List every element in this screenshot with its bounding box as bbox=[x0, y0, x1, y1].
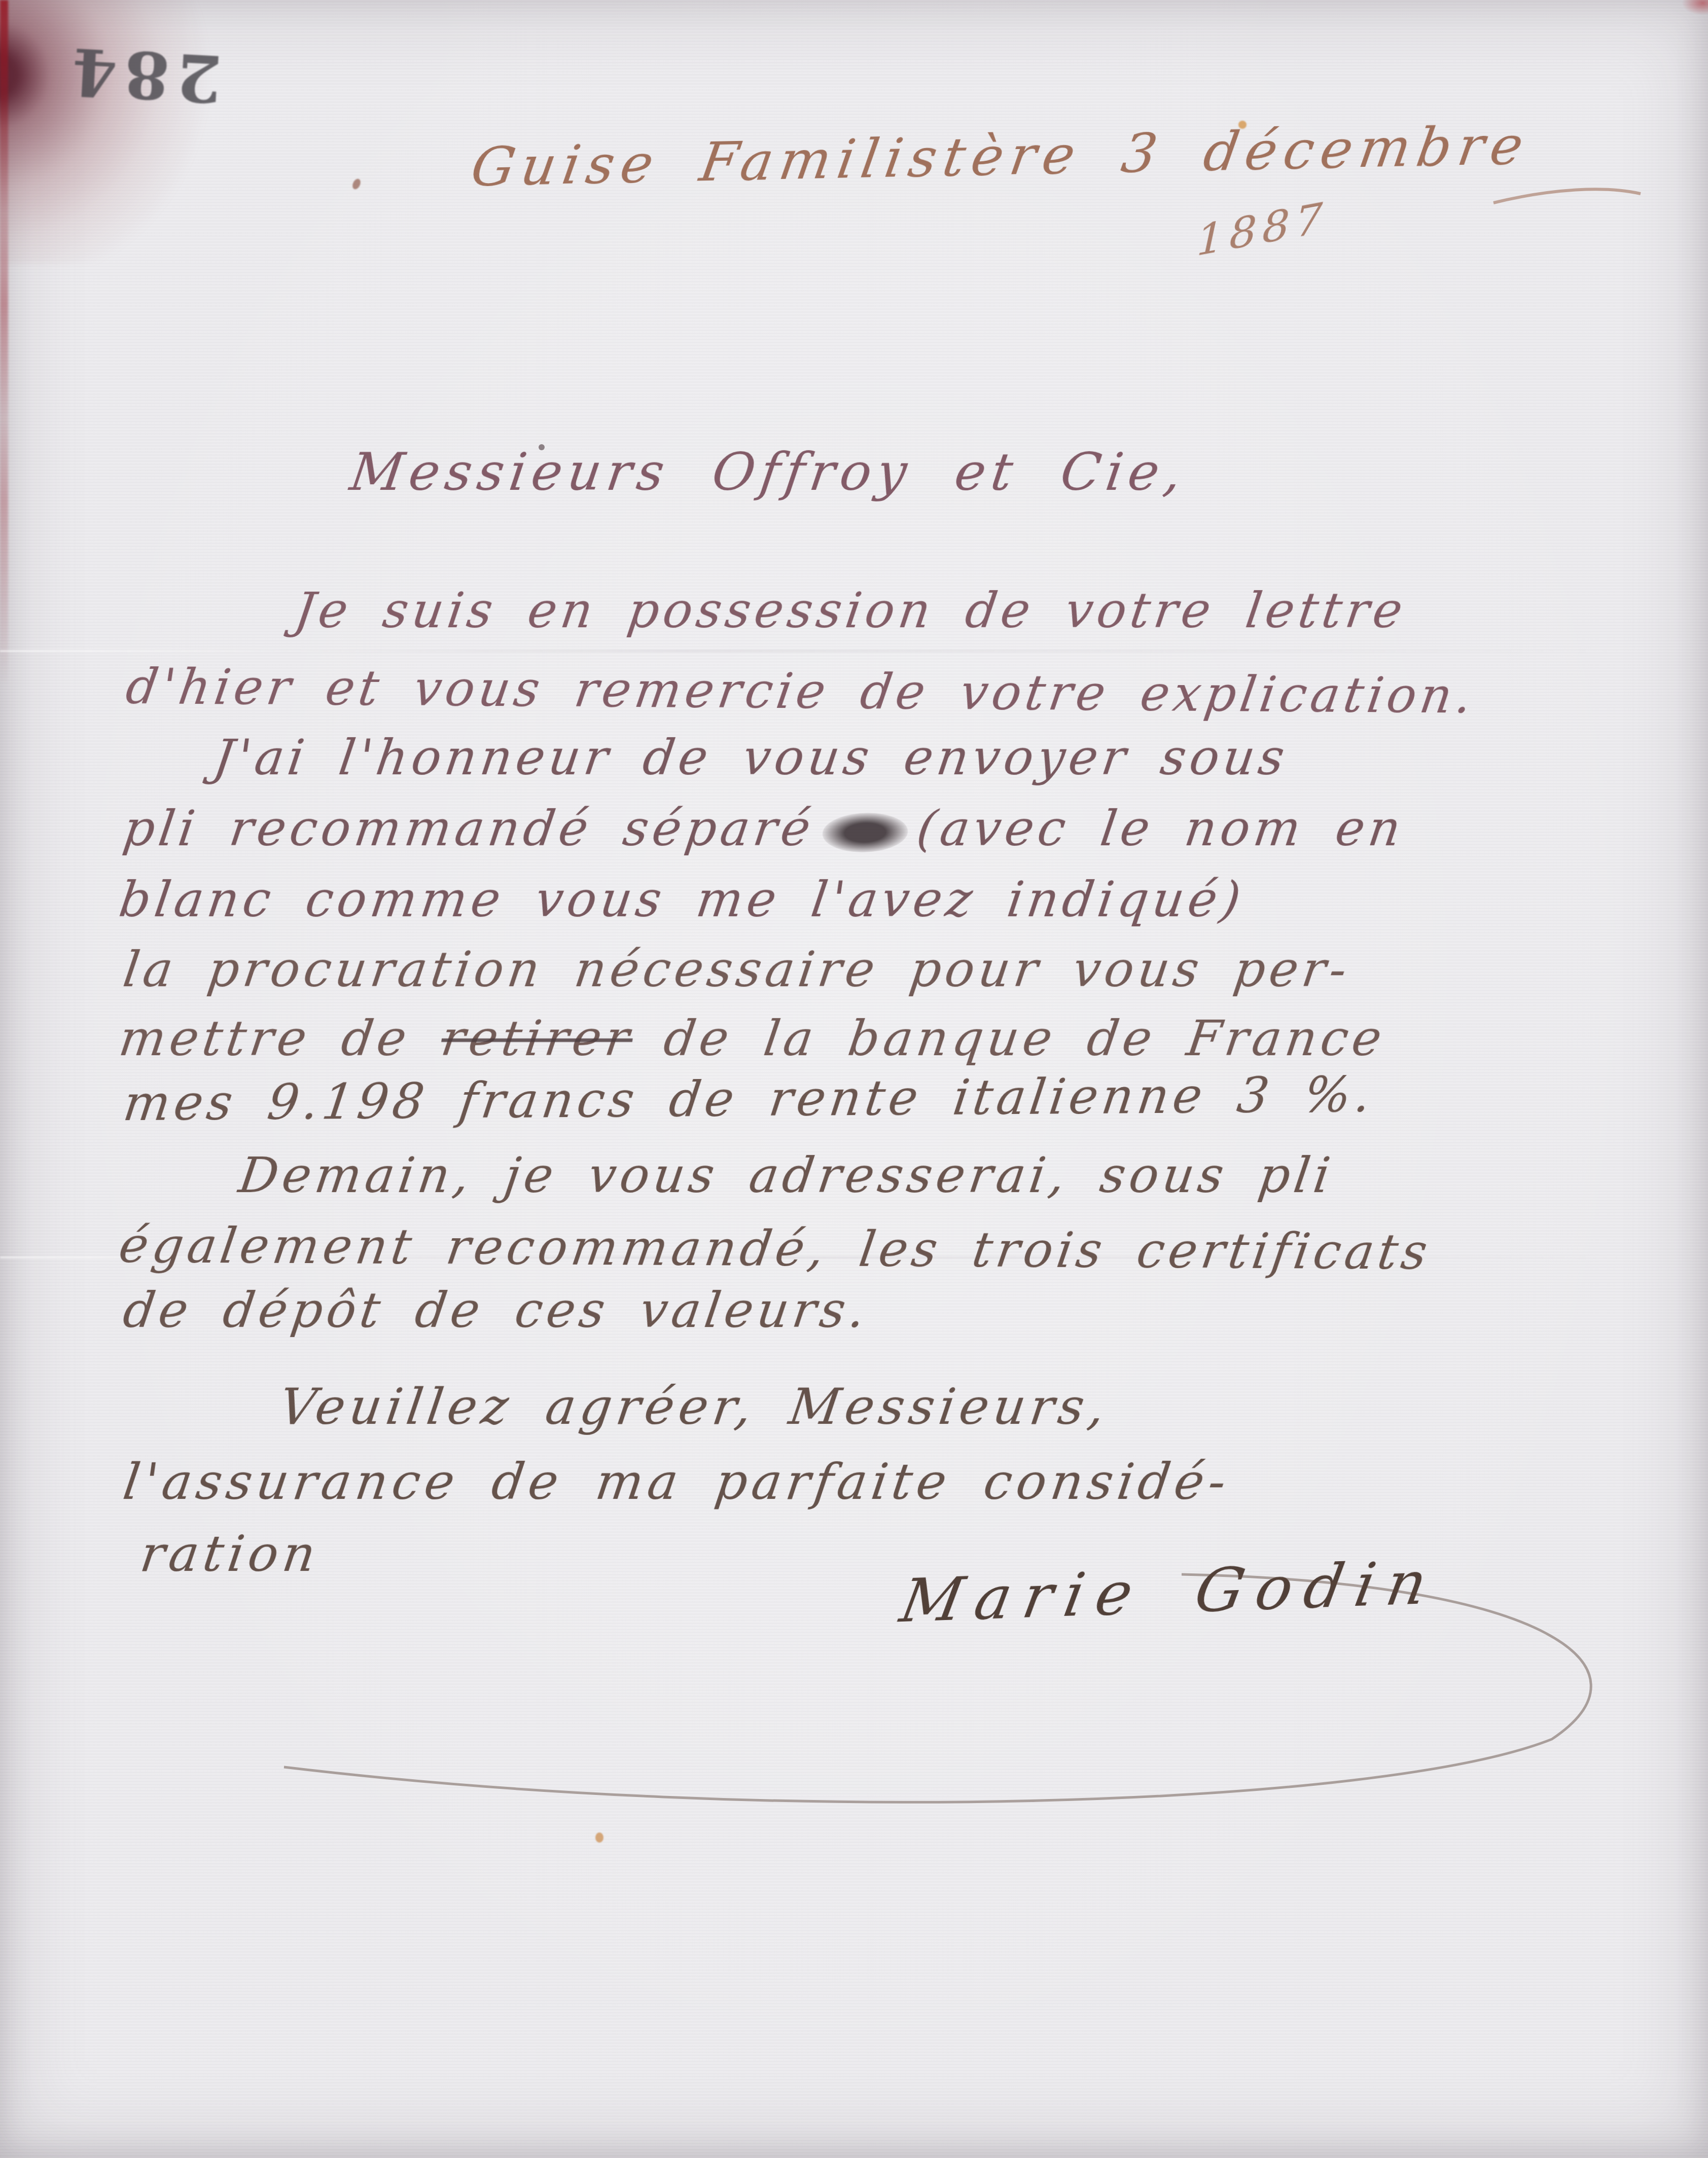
line-7-text-before: mettre de bbox=[116, 1010, 414, 1067]
dateline: Guise Familistère 3 décembre bbox=[467, 114, 1534, 198]
paper-speck bbox=[595, 1832, 603, 1843]
closing-line-1: Veuillez agréer, Messieurs, bbox=[276, 1378, 1113, 1436]
letter-line-4: pli recommandé séparé(avec le nom en bbox=[120, 800, 1408, 857]
signature: Marie Godin bbox=[896, 1547, 1445, 1636]
letter-line-5: blanc comme vous me l'avez indiqué) bbox=[116, 871, 1248, 928]
crossed-out-word bbox=[820, 813, 911, 852]
letter-line-6: la procuration nécessaire pour vous per- bbox=[120, 941, 1354, 998]
line-7-text-after: de la banque de France bbox=[660, 1010, 1389, 1067]
letter-line-3: J'ai l'honneur de vous envoyer sous bbox=[210, 729, 1292, 786]
dateline-year: 1887 bbox=[1196, 193, 1328, 266]
salutation: Messieurs Offroy et Cie, bbox=[346, 442, 1191, 502]
letter-line-7: mettre de retirer de la banque de France bbox=[116, 1010, 1389, 1067]
letter-page: 284 Guise Familistère 3 décembre 1887 Me… bbox=[0, 0, 1708, 2158]
letter-line-10: également recommandé, les trois certific… bbox=[116, 1217, 1435, 1281]
left-edge-red-stain bbox=[0, 0, 8, 761]
closing-line-2: l'assurance de ma parfaite considé- bbox=[120, 1453, 1234, 1511]
letter-line-9: Demain, je vous adresserai, sous pli bbox=[235, 1147, 1337, 1204]
letter-line-1: Je suis en possession de votre lettre bbox=[291, 582, 1410, 639]
page-number-stamp: 284 bbox=[63, 32, 224, 117]
line-4-text-before: pli recommandé séparé bbox=[120, 800, 818, 857]
letter-line-11: de dépôt de ces valeurs. bbox=[120, 1282, 873, 1339]
corrected-word: retirer bbox=[438, 1010, 636, 1067]
line-4-text-after: (avec le nom en bbox=[913, 800, 1408, 857]
letter-line-8: mes 9.198 francs de rente italienne 3 %. bbox=[120, 1066, 1378, 1132]
paper-speck bbox=[351, 177, 362, 191]
letter-line-2: d'hier et vous remercie de votre explica… bbox=[122, 658, 1479, 725]
top-right-red-speck bbox=[1682, 0, 1708, 15]
closing-line-3: ration bbox=[137, 1525, 324, 1583]
crease-line bbox=[0, 650, 1708, 652]
